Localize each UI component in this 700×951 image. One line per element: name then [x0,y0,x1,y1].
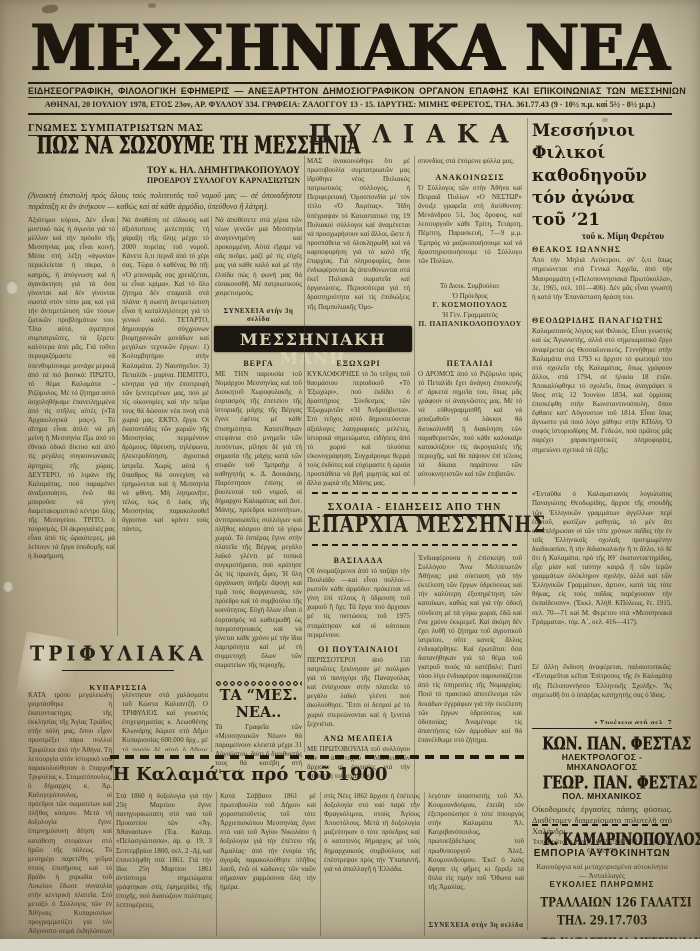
kalamata-column-1: Στά 1860 ἡ δοξολογία γιά τήν 25η Μαρτίου… [116,792,212,936]
mani-banner: ΜΕΣΣΗΝΙΑΚΗ ΜΑΝΗ [214,326,412,352]
column-rule [117,216,118,636]
announcement-body: Ὁ Σύλλογος τῶν στήν Ἀθήνα καί Πειραιᾶ Πυ… [418,184,522,280]
scanner-edge [0,939,700,951]
box-chain-ornament [215,680,302,687]
column-rule [320,792,321,936]
petalidi-subhead: ΠΕΤΑΛΙΔΙ [418,359,522,368]
eparxia-headline-wrap: ΕΠΑΡΧΙΑ ΜΕΣΣΗΝΗΣ [307,512,522,533]
signature-name: Γ. ΚΟΣΜΟΠΟΥΛΟΣ [418,300,522,309]
kalamata-column-3: στίς Νέες 1862 ἄρχισε ἡ ἐπέτειος δοξολογ… [324,792,420,936]
mani-column-petalidi: ΠΕΤΑΛΙΔΙ Ο ΔΡΟΜΟΣ ἀπό τό Ριζόμυλο πρός τ… [418,355,522,486]
left-article-byline-wrap: ΤΟΥ κ. ΗΛ. ΔΗΜΗΤΡΑΚΟΠΟΥΛΟΥ ΠΡΟΕΔΡΟΥ ΣΥΛΛ… [28,166,300,185]
ad-divider [532,728,672,729]
kamarinopoulos-line3: ΕΥΚΟΛΙΕΣ ΠΛΗΡΩΜΗΣ [532,880,672,889]
signature-board: Τό Διοικ. Συμβούλιο: [418,282,522,290]
theodoridis-body-2: «Ἐνταῦθα ὁ Καλαματιανός λογιώτατος Παναγ… [532,490,672,660]
eparxia-column-2: Ἐνδιαφέρουσα ἡ ἐπίσκεψη τοῦ Συλλόγου Ἄνω… [418,554,522,804]
left-article-headline-wrap: ΠΩΣ ΝΑ ΣΩΣΟΥΜΕ ΤΗ ΜΕΣΣΗΝΙΑ [28,133,304,153]
column-rule [113,691,114,936]
kalamata-headline-wrap: Ἡ Καλαμάτα πρό τοῦ 1900 [110,764,370,785]
masthead-rule [28,82,672,84]
kalamata-column-2: Κατά Σάββατο 1861 μέ πρωτοβουλία τοῦ Δήμ… [220,792,316,936]
punch-hole [6,280,18,294]
masthead-subtitle: ΕΙΔΗΣΕΟΓΡΑΦΙΚΗ, ΦΙΛΟΛΟΓΙΚΗ ΕΦΗΜΕΡΙΣ — ΑΝ… [28,86,672,96]
newspaper-title: ΜΕΣΣΗΝΙΑΚΑ ΝΕΑ [30,16,669,80]
trifyliaka-column-1: ΚΑΤΑ τρόπο μεγαλειώδη γιορτάσθηκε ἡ ἑκατ… [28,691,112,935]
eparxia-dash-bottom [312,544,517,546]
ano-melpeia-subhead: ΑΝΩ ΜΕΛΠΕΙΑ [307,734,410,743]
poutainaioi-body: ΠΕΡΙΣΣΟΤΕΡΟΙ ἀπό 150 πατριῶτες ξεκίνησαν… [307,656,410,730]
festas-name-1: ΚΩΝ. ΠΑΝ. ΦΕΣΤΑΣ [542,733,691,754]
eparxia-headline: ΕΠΑΡΧΙΑ ΜΕΣΣΗΝΗΣ [307,512,546,538]
verga-body: ΜΕ ΤΗΝ παρουσία τοῦ Νομάρχου Μεσσηνίας κ… [215,370,302,678]
vasilada-body: ΟΙ ὀνομαζόμενοι ἀπό τό παζάρι τήν Πουλιά… [307,567,410,641]
left-article-intro: (Ἀνοικτή ἐπιστολή πρός ὅλους τούς πολιτε… [28,191,302,213]
mesnea-box-title: ΤΑ “ΜΕΣ. ΝΕΑ.. [215,687,302,721]
signature-name: Π. ΠΑΠΑΝΙΚΟΛΟΠΟΥΛΟΥ [418,319,522,328]
column-rule [424,792,425,936]
vasilada-subhead: ΒΑΣΙΛΑΔΑ [307,556,410,565]
masthead-rule [28,113,672,115]
kamarinopoulos-phone: ΤΗΛ. 29.17.703 [557,912,647,928]
verga-subhead: ΒΕΡΓΑ [215,359,302,368]
right-article-footnote: Σέ ἄλλη ἔκδοση ἀναφέρεται, παλαιοτυπικῶς… [532,663,672,715]
right-article-headline-line3: τόν ἀγώνα τοῦ ’21 [532,187,672,232]
column-rule [304,156,305,752]
pyliaka-column-2-lead: σπονδίας στά ἑπόμενα φύλλα μας. [418,157,522,169]
eparxia-dash-top [312,492,517,494]
theakos-subhead: ΘΕΑΚΟΣ ΙΩΑΝΝΗΣ [532,245,672,254]
mani-column-verga: ΒΕΡΓΑ ΜΕ ΤΗΝ παρουσία τοῦ Νομάρχου Μεσση… [215,355,302,678]
trifyliaka-headline: ΤΡΙΦΥΛΙΑΚΑ [30,642,207,666]
left-article-column-3-wrap: Νά ἀποθέσετε στά χέρια τῶν νέων γενεῶν μ… [215,216,302,323]
kamarinopoulos-line2: Καινούργια καί μεταχειρισμένα αὐτοκίνητα… [532,862,672,880]
pyliaka-column-2: σπονδίας στά ἑπόμενα φύλλα μας. ΑΝΑΚΟΙΝΩ… [418,157,522,328]
mani-column-exochori: ΕΞΩΧΩΡΙ ΚΥΚΛΟΦΟΡΗΣΕ τό 3ο τεῦχος τοῦ θαυ… [307,355,410,486]
kalamata-column-4: λεγόταν ὑπασπιστής τοῦ Ἀλ. Κουμουνδούρου… [428,792,524,918]
trifyliaka-underline [62,670,174,671]
column-rule [414,156,415,486]
right-article-headline-line2: καθοδηγοῦν [532,165,672,187]
exochori-subhead: ΕΞΩΧΩΡΙ [307,359,410,368]
column-rule [527,118,528,930]
kamarinopoulos-ad: Κ. ΚΑΜΑΡΙΝΟΠΟΥΛΟΣ ΕΜΠΟΡΙΑ ΑΥΤΟΚΙΝΗΤΩΝ Κα… [532,830,672,950]
punch-hole [3,580,13,592]
continued-note: ΣΥΝΕΧΕΙΑ στήν 3η σελίδα [428,921,524,929]
signature-role: Ἡ Γεν. Γραμματεύς [418,311,522,319]
kalamata-dash-rule [110,755,530,759]
column-rule [216,792,217,936]
petalidi-body: Ο ΔΡΟΜΟΣ ἀπό τό Ριζόμυλο πρός τό Πεταλίδ… [418,370,522,486]
column-rule [211,216,212,752]
signature-role: Ὁ Πρόεδρος [418,292,522,300]
kalamata-column-4-wrap: λεγόταν ὑπασπιστής τοῦ Ἀλ. Κουμουνδούρου… [428,792,524,929]
kalamata-headline: Ἡ Καλαμάτα πρό τοῦ 1900 [110,764,388,785]
left-article-byline-role: ΠΡΟΕΔΡΟΥ ΣΥΛΛΟΓΟΥ ΚΑΡΝΑΣΙΩΤΩΝ [28,176,300,185]
left-article-column-1: Ἀξιότιμοι κύριοι, Δέν εἶναι μυστικό πώς … [28,216,115,636]
continued-note: ΣΥΝΕΧΕΙΑ στήν 3η σελίδα [215,307,302,323]
right-article: Μεσσήνιοι Φιλικοί καθοδηγοῦν τόν ἀγώνα τ… [532,120,672,724]
right-article-byline: τοῦ κ. Μίμη Φερέτου [532,231,672,241]
masthead-rule [28,97,672,98]
kamarinopoulos-address: ΤΡΑΛΛΑΙΩΝ 126 ΓΑΛΑΤΣΙ [540,894,691,910]
ad-dash-divider [532,824,672,826]
continued-note: • Συνέχεια στή σελ. 7 [532,718,672,724]
right-article-headline-line1: Μεσσήνιοι Φιλικοί [532,120,672,165]
trifyliaka-headline-wrap: ΤΡΙΦΥΛΙΑΚΑ [28,643,209,665]
eparxia-column-1: ΒΑΣΙΛΑΔΑ ΟΙ ὀνομαζόμενοι ἀπό τό παζάρι τ… [307,552,410,785]
theodoridis-body-1: Καλαματιανός λόγιος καί Φιλικός. Εἶναι γ… [532,327,672,487]
pyliaka-column-1: ΜΑΣ ἀνακοινώθηκε ὅτι μέ πρωτοβουλία συμπ… [307,157,410,323]
left-article-byline: ΤΟΥ κ. ΗΛ. ΔΗΜΗΤΡΑΚΟΠΟΥΛΟΥ [28,166,300,176]
column-rule [414,552,415,804]
theakos-body: Ἀπό τήν Μηλιά Λεύκτρου, ἀν' ὅ,τι ὅπως ση… [532,256,672,312]
kamarinopoulos-name: Κ. ΚΑΜΑΡΙΝΟΠΟΥΛΟΣ [543,831,700,850]
newspaper-page: ΜΕΣΣΗΝΙΑΚΑ ΝΕΑ ΕΙΔΗΣΕΟΓΡΑΦΙΚΗ, ΦΙΛΟΛΟΓΙΚ… [0,0,700,939]
announcement-title: ΑΝΑΚΟΙΝΩΣΙΣ [418,173,522,182]
poutainaioi-subhead: ΟΙ ΠΟΥΤΑΙΝΑΙΟΙ [307,645,410,654]
theodoridis-subhead: ΘΕΟΔΩΡΙΔΗΣ ΠΑΝΑΓΙΩΤΗΣ [532,316,672,325]
exochori-body: ΚΥΚΛΟΦΟΡΗΣΕ τό 3ο τεῦχος τοῦ θαυμάσιου π… [307,370,410,486]
festas-role-1: ΗΛΕΚΤΡΟΛΟΓΟΣ - ΜΗΧΑΝΟΛΟΓΟΣ [532,752,672,772]
paper-speck [148,3,156,8]
festas-name-2: ΓΕΩΡ. ΠΑΝ. ΦΕΣΤΑΣ [543,772,698,793]
left-article-column-3: Νά ἀποθέσετε στά χέρια τῶν νέων γενεῶν μ… [215,216,302,304]
pyliaka-headline: ΠΥΛΙΑΚΑ [309,118,521,148]
masthead-dateline: ΑΘΗΝΑΙ, 20 ΙΟΥΛΙΟΥ 1978, ΕΤΟΣ 23ον, ΑΡ. … [28,100,672,109]
left-article-column-2: Νά ἀναθέση σέ εἰδικούς καί ἀξιόπιστους μ… [122,216,209,636]
trifyliaka-column-2: γλέντησαν στά χαλάσματα τοῦ Κώστα Καλιαν… [122,691,208,751]
masthead: ΜΕΣΣΗΝΙΑΚΑ ΝΕΑ [28,16,672,75]
pyliaka-headline-wrap: ΠΥΛΙΑΚΑ [307,119,522,148]
